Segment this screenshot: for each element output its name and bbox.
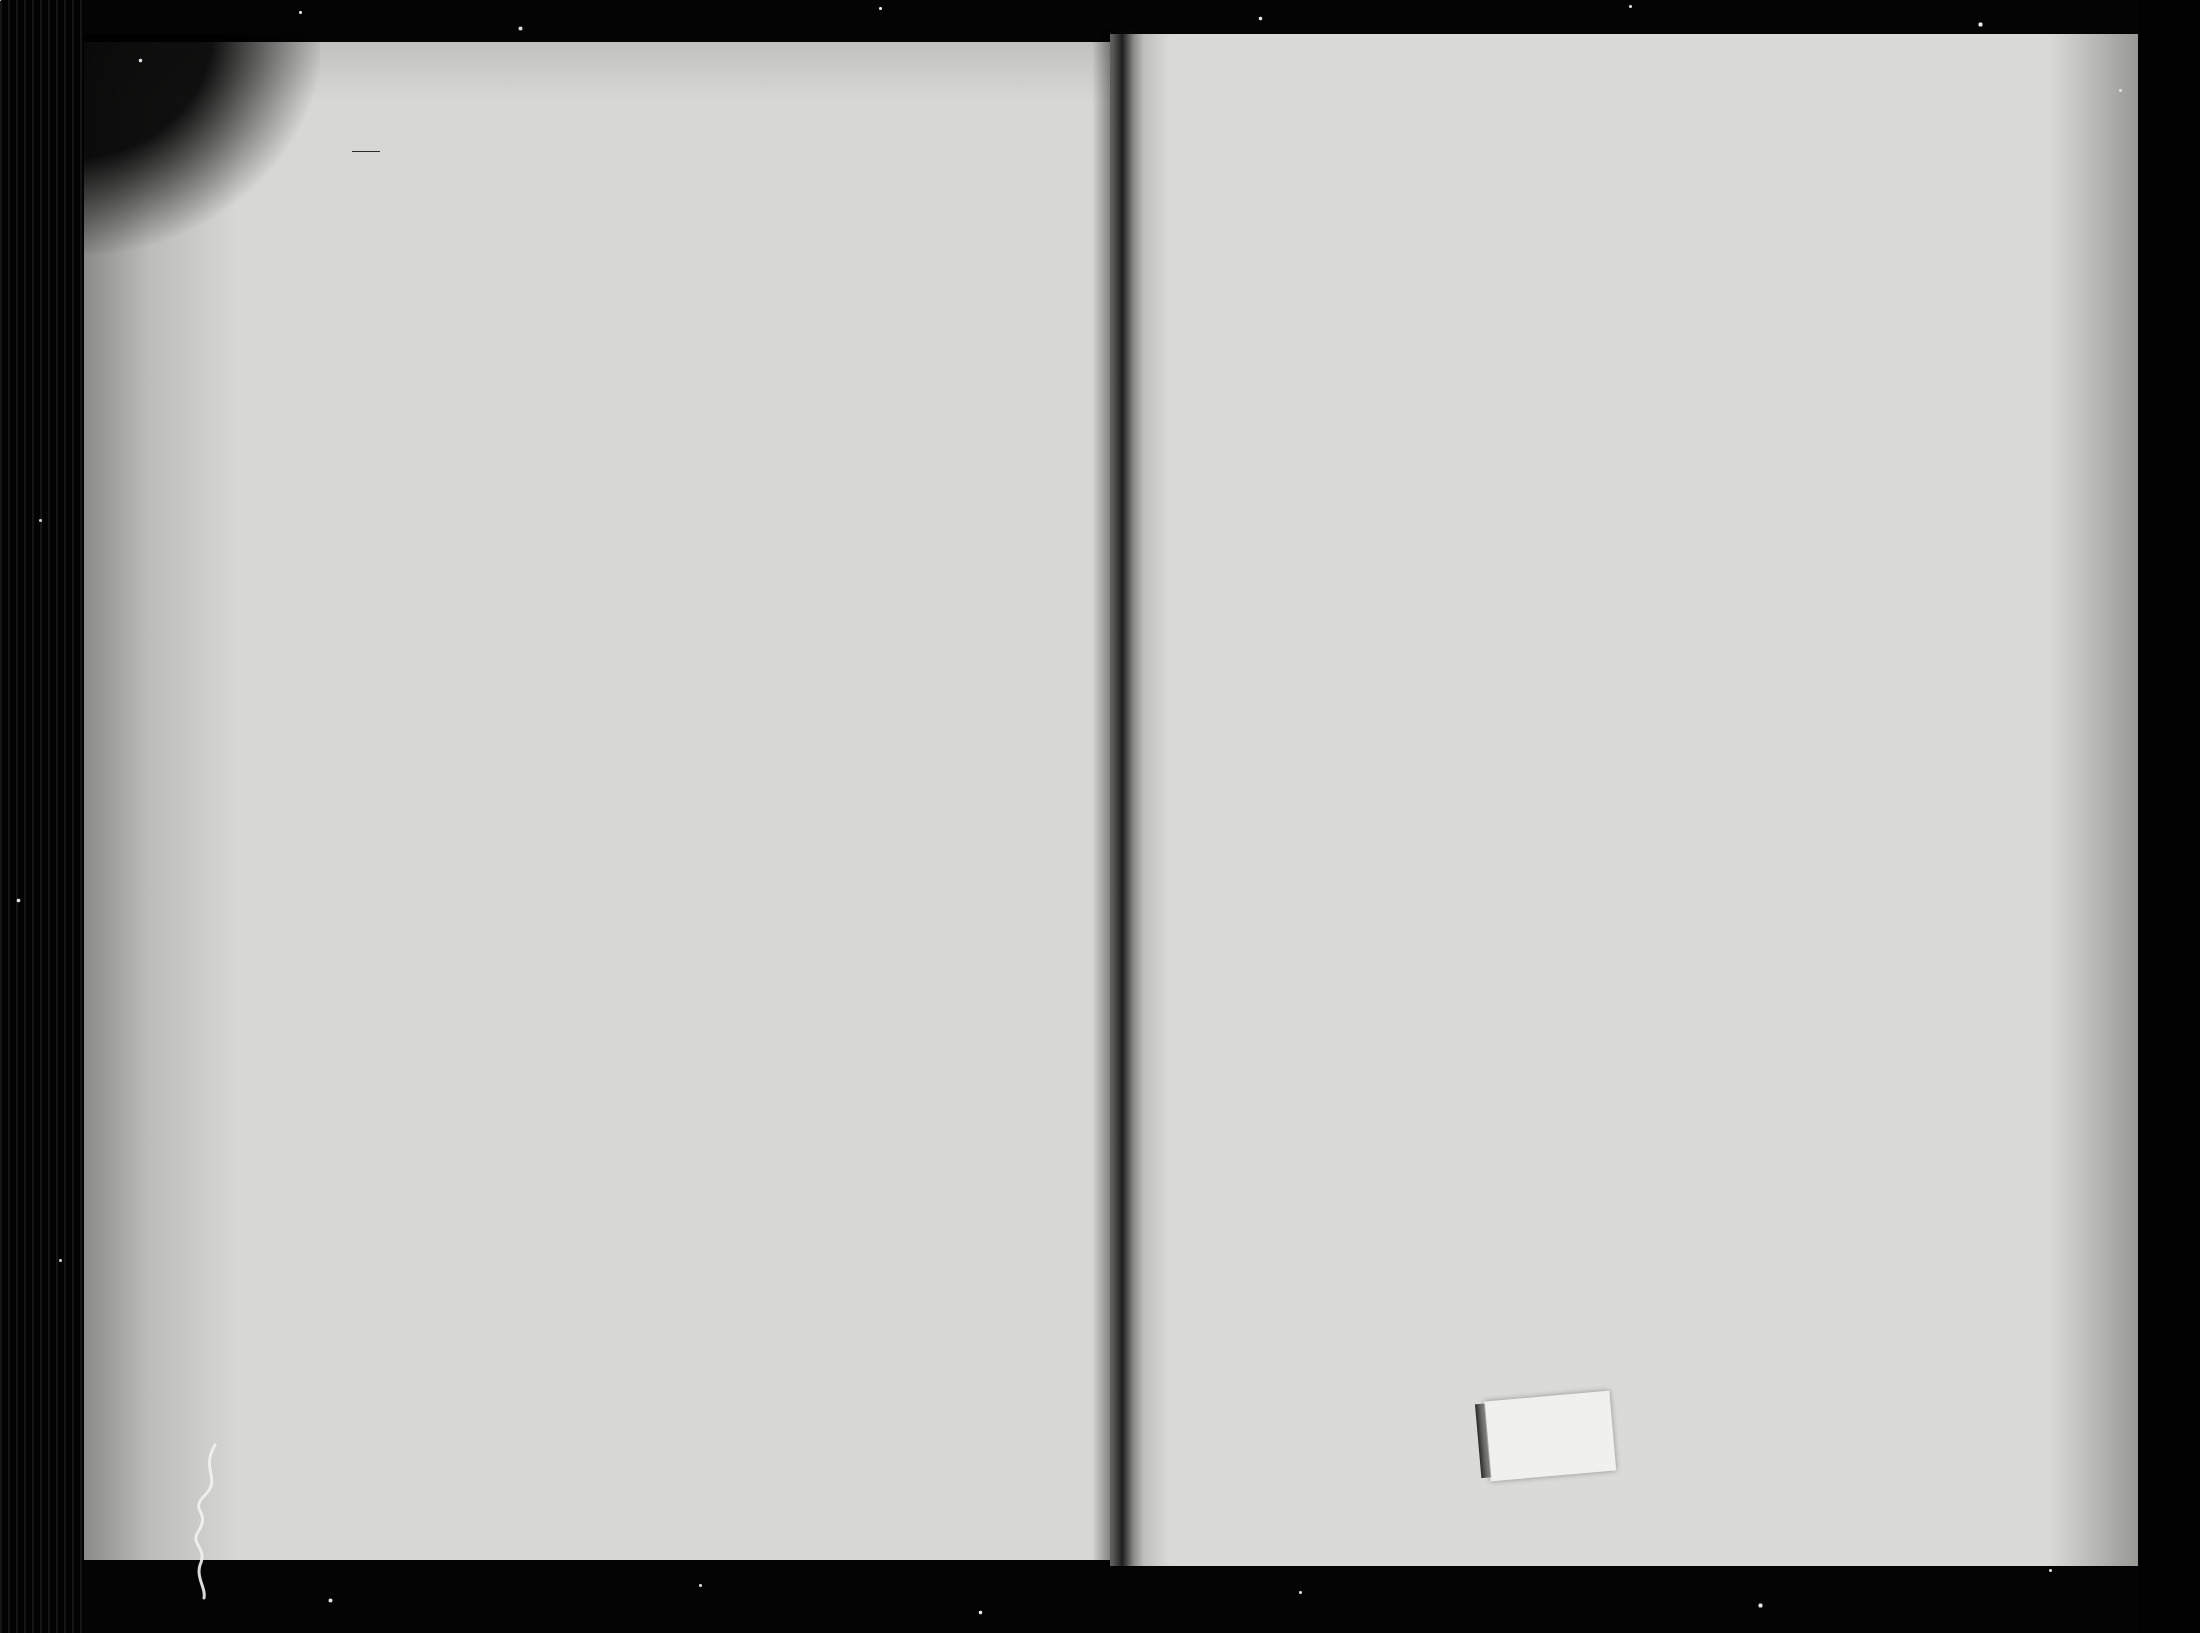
scanned-parish-register	[0, 0, 2200, 1633]
film-shadow-top-left	[70, 34, 320, 254]
film-dust-specks	[0, 0, 1, 1]
film-edge-left	[0, 0, 84, 1633]
mantal-denominator	[352, 152, 380, 153]
abc-book-header	[523, 160, 548, 284]
reading-header	[502, 160, 523, 284]
mantal-fraction	[352, 150, 380, 153]
film-scratch	[160, 1440, 250, 1600]
admitted-header	[812, 160, 857, 284]
book-fold-shadow	[1092, 30, 1144, 1566]
understands-header	[722, 160, 767, 284]
missed-catechism-header	[767, 160, 812, 284]
film-edge-right	[2138, 0, 2200, 1633]
right-page	[1110, 34, 2138, 1566]
script-language-header	[683, 160, 722, 284]
archive-stamp	[1484, 1391, 1616, 1482]
left-page	[78, 42, 1110, 1560]
vaccination-header	[478, 160, 502, 284]
